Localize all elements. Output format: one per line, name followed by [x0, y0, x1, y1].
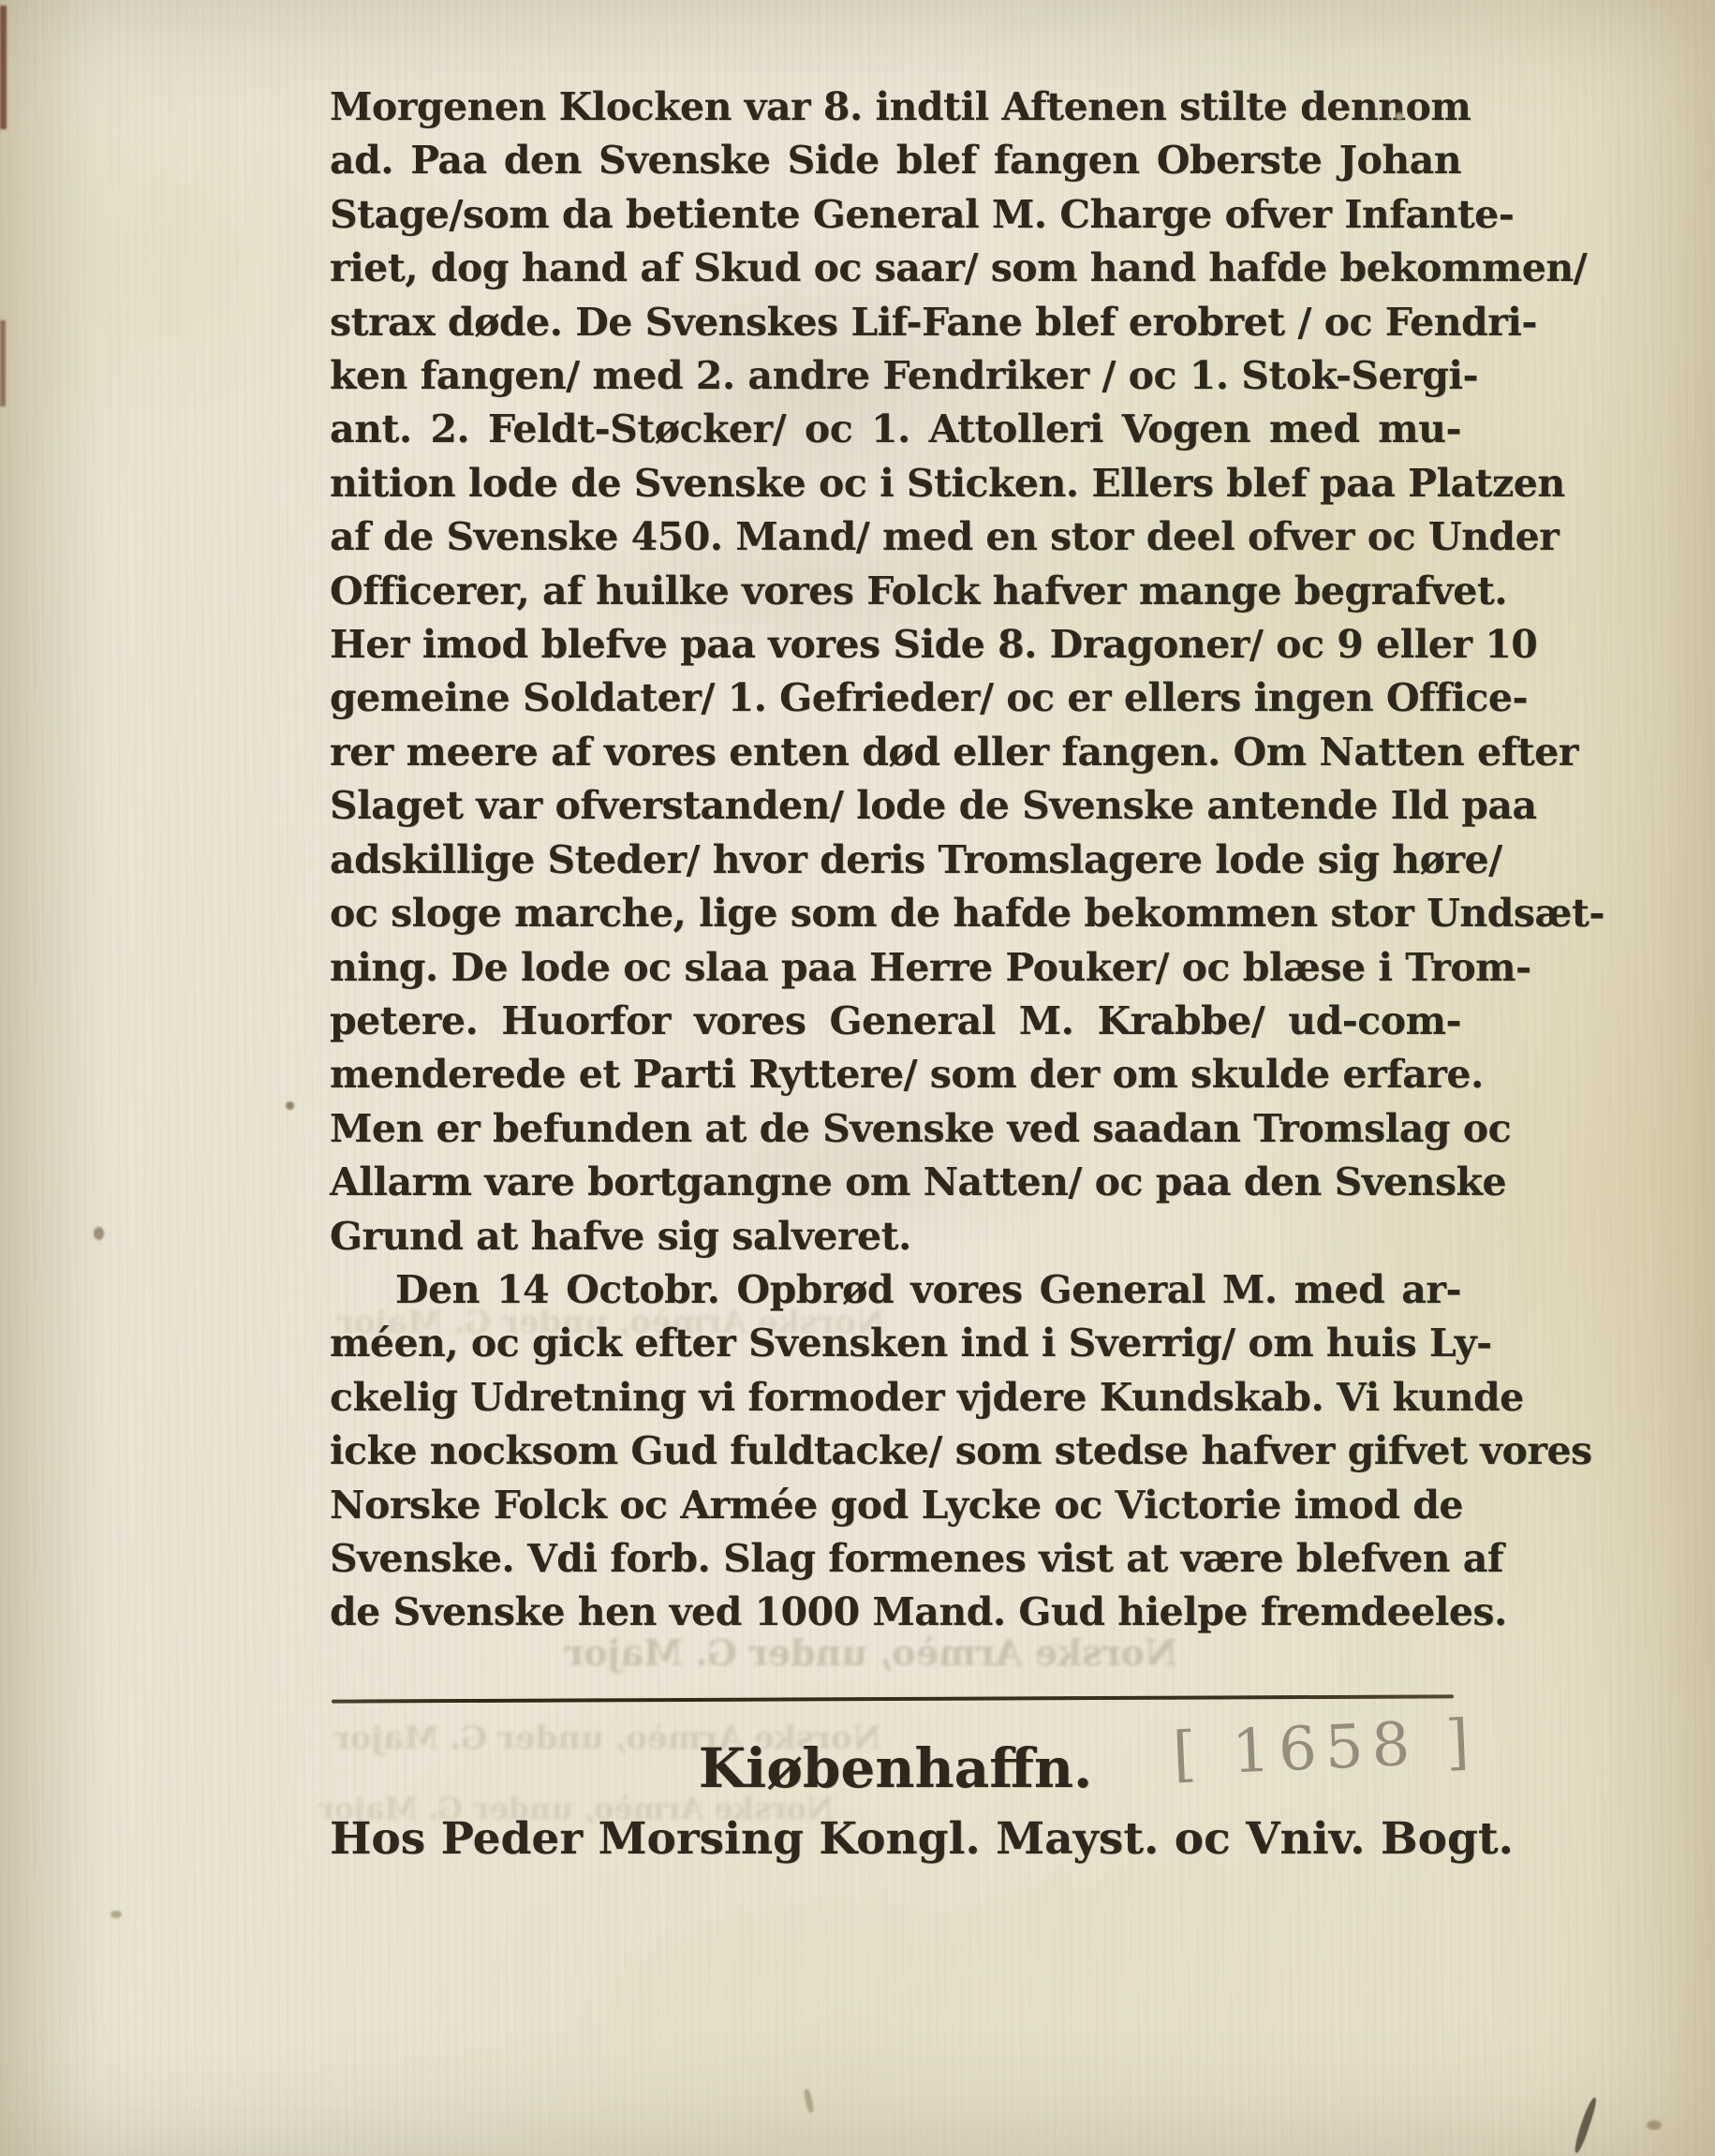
text-line: rer meere af vores enten død eller fange… [330, 726, 1461, 779]
text-line: Her imod blefve paa vores Side 8. Dragon… [330, 618, 1461, 672]
paper-speck [94, 1227, 104, 1240]
paper-speck [111, 1911, 122, 1918]
text-line: ckelig Udretning vi formoder vjdere Kund… [330, 1371, 1461, 1425]
colophon-printer-line: Hos Peder Morsing Kongl. Mayst. oc Vniv.… [330, 1809, 1461, 1869]
text-line: Allarm vare bortgangne om Natten/ oc paa… [330, 1156, 1461, 1209]
text-line: gemeine Soldater/ 1. Gefrieder/ oc er el… [330, 672, 1461, 725]
page-edge-mark [0, 320, 6, 406]
paper-speck [803, 2089, 814, 2114]
text-line: nition lode de Svenske oc i Sticken. Ell… [330, 457, 1461, 510]
paper-speck [286, 1101, 294, 1110]
text-line: de Svenske hen ved 1000 Mand. Gud hielpe… [330, 1586, 1461, 1639]
text-line: icke nocksom Gud fuldtacke/ som stedse h… [330, 1425, 1461, 1478]
paper-fiber-mark [1573, 2096, 1599, 2154]
text-line: Den 14 Octobr. Opbrød vores General M. m… [330, 1263, 1461, 1317]
paragraph: Morgenen Klocken var 8. indtil Aftenen s… [330, 81, 1461, 1263]
body-paragraphs: Morgenen Klocken var 8. indtil Aftenen s… [330, 81, 1461, 1640]
scanned-pamphlet-page: Norske Armèo, under G. Major Norske Armè… [0, 0, 1715, 2156]
text-line: riet, dog hand af Skud oc saar/ som hand… [330, 242, 1461, 295]
text-line: ken fangen/ med 2. andre Fendriker / oc … [330, 349, 1461, 403]
page-edge-mark [0, 6, 7, 129]
text-line: ad. Paa den Svenske Side blef fangen Obe… [330, 134, 1461, 187]
text-line: strax døde. De Svenskes Lif-Fane blef er… [330, 296, 1461, 349]
paragraph: Den 14 Octobr. Opbrød vores General M. m… [330, 1263, 1461, 1640]
text-line: Men er befunden at de Svenske ved saadan… [330, 1102, 1461, 1156]
text-line: menderede et Parti Ryttere/ som der om s… [330, 1048, 1461, 1101]
text-line: adskillige Steder/ hvor deris Tromslager… [330, 834, 1461, 887]
separator-rule [332, 1694, 1454, 1703]
paper-speck [1647, 2120, 1662, 2130]
text-line: Norske Folck oc Armée god Lycke oc Victo… [330, 1479, 1461, 1532]
text-line: ant. 2. Feldt-Støcker/ oc 1. Attolleri V… [330, 403, 1461, 456]
text-line: af de Svenske 450. Mand/ med en stor dee… [330, 510, 1461, 564]
text-line: Officerer, af huilke vores Folck hafver … [330, 565, 1461, 618]
text-line: oc sloge marche, lige som de hafde bekom… [330, 887, 1461, 940]
text-line: petere. Huorfor vores General M. Krabbe/… [330, 995, 1461, 1048]
text-line: Svenske. Vdi forb. Slag formenes vist at… [330, 1532, 1461, 1586]
text-line: ning. De lode oc slaa paa Herre Pouker/ … [330, 941, 1461, 995]
text-line: Stage/som da betiente General M. Charge … [330, 188, 1461, 242]
text-line: Slaget var ofverstanden/ lode de Svenske… [330, 779, 1461, 833]
handwritten-year-note: [ 1658 ] [1172, 1707, 1479, 1790]
text-line: Grund at hafve sig salveret. [330, 1210, 1461, 1263]
text-line: méen, oc gick efter Svensken ind i Sverr… [330, 1317, 1461, 1370]
text-line: Morgenen Klocken var 8. indtil Aftenen s… [330, 81, 1461, 134]
body-text-block: Morgenen Klocken var 8. indtil Aftenen s… [330, 81, 1461, 1640]
